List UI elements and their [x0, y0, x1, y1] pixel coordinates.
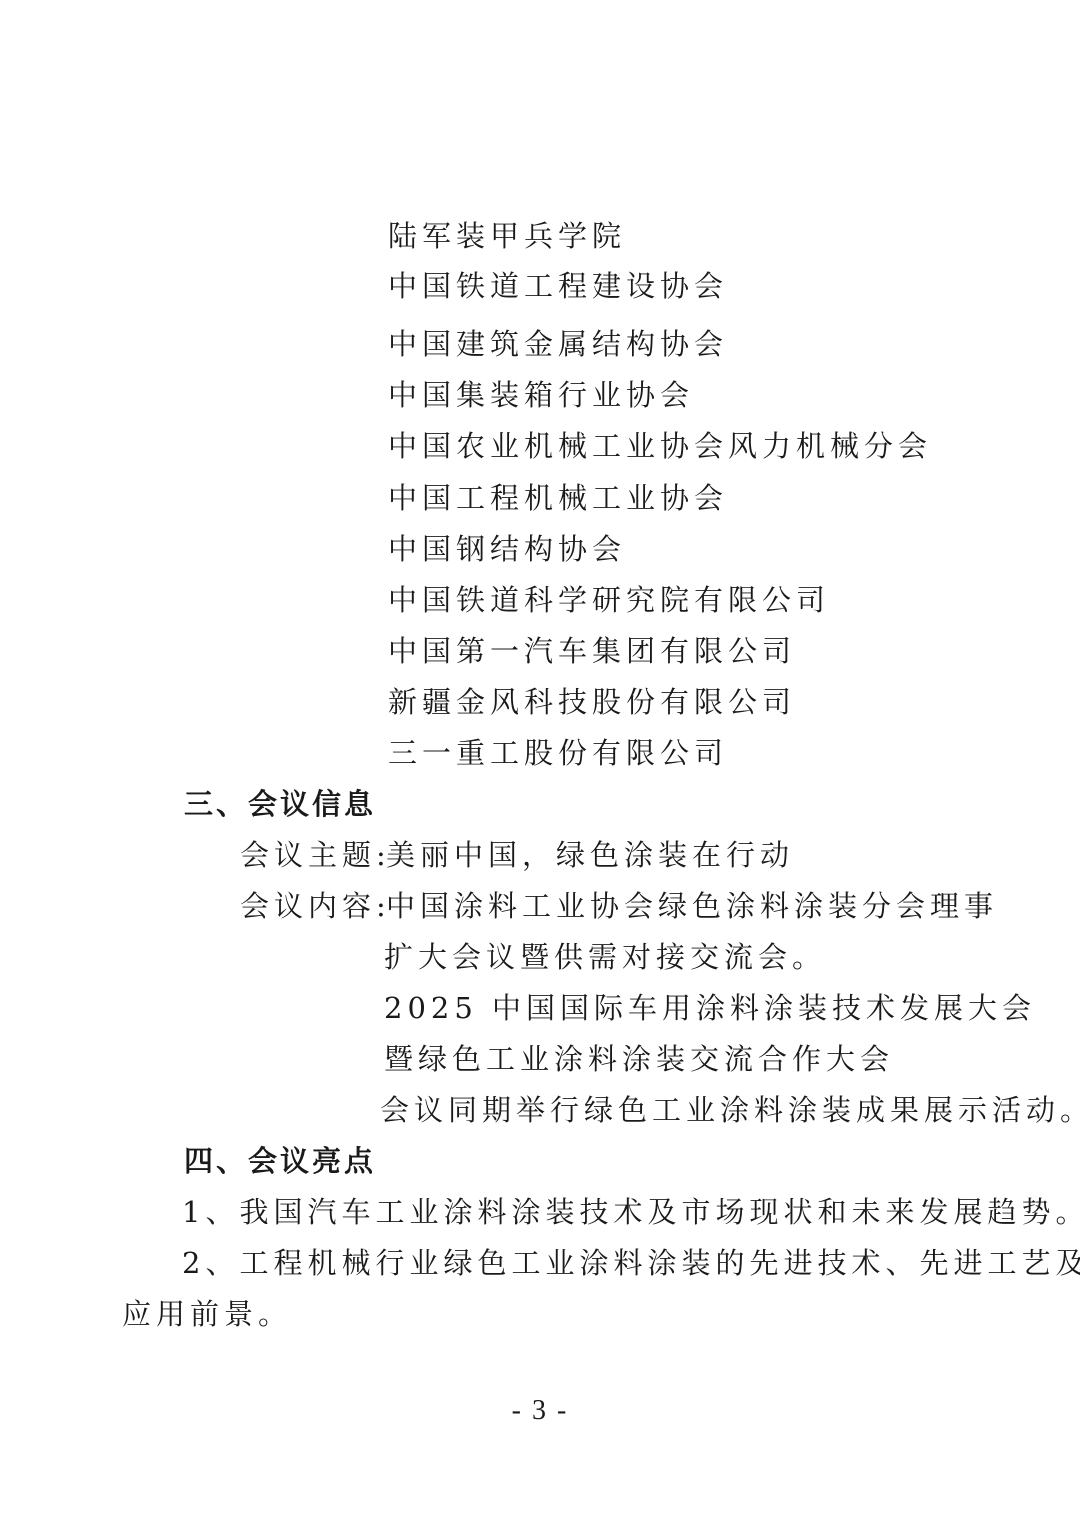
content-label: 会议内容:: [240, 888, 391, 924]
section-heading: 三、会议信息: [184, 786, 376, 822]
highlight-item: 2、工程机械行业绿色工业涂料涂装的先进技术、先进工艺及: [182, 1245, 1080, 1281]
org-item: 中国铁道工程建设协会: [388, 268, 728, 304]
content-line: 暨绿色工业涂料涂装交流合作大会: [384, 1041, 894, 1077]
theme-label: 会议主题:: [240, 837, 391, 873]
highlight-item-continuation: 应用前景。: [122, 1296, 292, 1332]
content-line: 扩大会议暨供需对接交流会。: [384, 939, 826, 975]
org-item: 陆军装甲兵学院: [388, 218, 626, 254]
org-item: 中国集装箱行业协会: [388, 377, 694, 413]
org-item: 中国第一汽车集团有限公司: [388, 633, 796, 669]
org-item: 中国钢结构协会: [388, 531, 626, 567]
content-line: 会议同期举行绿色工业涂料涂装成果展示活动。: [380, 1092, 1080, 1128]
org-item: 新疆金风科技股份有限公司: [388, 684, 796, 720]
highlight-item: 1、我国汽车工业涂料涂装技术及市场现状和未来发展趋势。: [182, 1194, 1080, 1230]
content-line: 2025 中国国际车用涂料涂装技术发展大会: [384, 990, 1036, 1026]
content-line: 中国涂料工业协会绿色涂料涂装分会理事: [386, 888, 998, 924]
section-heading: 四、会议亮点: [184, 1143, 376, 1179]
org-item: 中国建筑金属结构协会: [388, 326, 728, 362]
org-item: 中国农业机械工业协会风力机械分会: [388, 428, 932, 464]
org-item: 三一重工股份有限公司: [388, 735, 728, 771]
page-number: - 3 -: [0, 1395, 1080, 1427]
org-item: 中国工程机械工业协会: [388, 480, 728, 516]
org-item: 中国铁道科学研究院有限公司: [388, 582, 830, 618]
theme-value: 美丽中国，绿色涂装在行动: [386, 837, 794, 873]
